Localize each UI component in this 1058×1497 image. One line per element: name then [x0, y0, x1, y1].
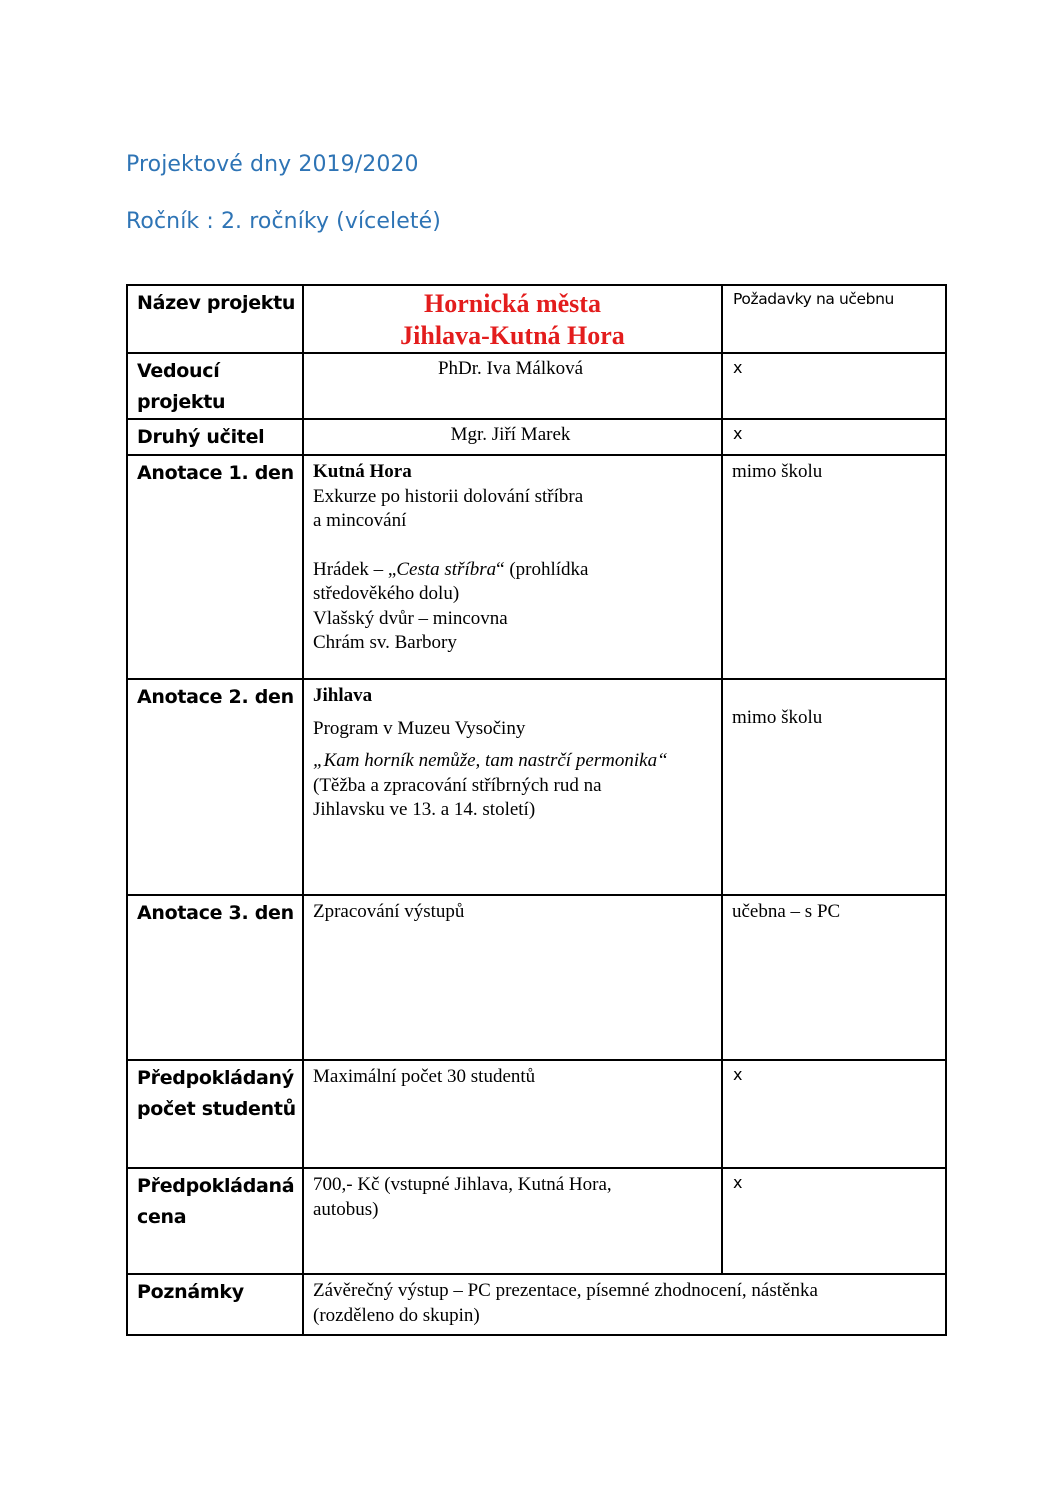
day1-place: Kutná Hora — [313, 460, 717, 485]
requirement-value: x — [723, 1169, 945, 1192]
project-title-line2: Jihlava-Kutná Hora — [304, 320, 721, 352]
table-row-students: Předpokládaný počet studentů Maximální p… — [127, 1060, 946, 1168]
day1-annotation: Kutná Hora Exkurze po historii dolování … — [304, 456, 721, 656]
row-label: Anotace 1. den — [128, 456, 302, 489]
table-row-price: Předpokládaná cena 700,- Kč (vstupné Jih… — [127, 1168, 946, 1274]
day2-line: „Kam horník nemůže, tam nastrčí permonik… — [313, 749, 717, 774]
requirement-value: mimo školu — [723, 680, 945, 730]
day1-line: Hrádek – „Cesta stříbra“ (prohlídka — [313, 558, 717, 583]
requirement-value: mimo školu — [723, 456, 945, 484]
grade-subheading: Ročník : 2. ročníky (víceleté) — [126, 209, 441, 234]
table-row-day2: Anotace 2. den Jihlava Program v Muzeu V… — [127, 679, 946, 895]
second-teacher-value: Mgr. Jiří Marek — [304, 420, 721, 448]
notes-value: Závěrečný výstup – PC prezentace, písemn… — [304, 1275, 945, 1328]
table-row-day3: Anotace 3. den Zpracování výstupů učebna… — [127, 895, 946, 1060]
students-value: Maximální počet 30 studentů — [304, 1061, 721, 1090]
text-italic: Cesta stříbra — [396, 559, 496, 580]
row-label: Anotace 3. den — [128, 896, 302, 929]
requirement-value: x — [723, 354, 945, 377]
project-title-line1: Hornická města — [304, 288, 721, 320]
day1-line: a mincování — [313, 509, 717, 534]
row-label: Předpokládaný počet studentů — [128, 1061, 302, 1125]
project-title: Hornická města Jihlava-Kutná Hora — [304, 286, 721, 352]
day1-line: Chrám sv. Barbory — [313, 631, 717, 656]
row-label: Vedoucí projektu — [128, 354, 302, 418]
requirement-value: x — [723, 1061, 945, 1084]
day2-line: (Těžba a zpracování stříbrných rud na — [313, 774, 717, 799]
day2-line: Jihlavsku ve 13. a 14. století) — [313, 798, 717, 823]
text: “ (prohlídka — [496, 559, 588, 580]
row-label: Předpokládaná cena — [128, 1169, 302, 1233]
leader-value: PhDr. Iva Málková — [304, 354, 721, 382]
row-label: Druhý učitel — [128, 420, 302, 453]
day3-value: Zpracování výstupů — [304, 896, 721, 925]
table-row-second-teacher: Druhý učitel Mgr. Jiří Marek x — [127, 419, 946, 455]
table-row-project-name: Název projektu Hornická města Jihlava-Ku… — [127, 285, 946, 353]
day1-line: středověkého dolu) — [313, 582, 717, 607]
day2-place: Jihlava — [313, 684, 717, 709]
text: Hrádek – „ — [313, 559, 396, 580]
table-row-day1: Anotace 1. den Kutná Hora Exkurze po his… — [127, 455, 946, 679]
row-label: Název projektu — [128, 286, 302, 319]
table-row-notes: Poznámky Závěrečný výstup – PC prezentac… — [127, 1274, 946, 1335]
day1-line: Exkurze po historii dolování stříbra — [313, 485, 717, 510]
day1-line: Vlašský dvůr – mincovna — [313, 607, 717, 632]
requirements-header: Požadavky na učebnu — [723, 286, 945, 310]
row-label: Anotace 2. den — [128, 680, 302, 713]
requirement-value: x — [723, 420, 945, 443]
requirement-value: učebna – s PC — [723, 896, 945, 924]
project-table: Název projektu Hornická města Jihlava-Ku… — [126, 284, 947, 1336]
table-row-leader: Vedoucí projektu PhDr. Iva Málková x — [127, 353, 946, 419]
day2-annotation: Jihlava Program v Muzeu Vysočiny „Kam ho… — [304, 680, 721, 823]
row-label: Poznámky — [128, 1275, 302, 1308]
day2-line: Program v Muzeu Vysočiny — [313, 717, 717, 742]
price-value: 700,- Kč (vstupné Jihlava, Kutná Hora, a… — [304, 1169, 721, 1222]
document-heading: Projektové dny 2019/2020 — [126, 152, 419, 177]
